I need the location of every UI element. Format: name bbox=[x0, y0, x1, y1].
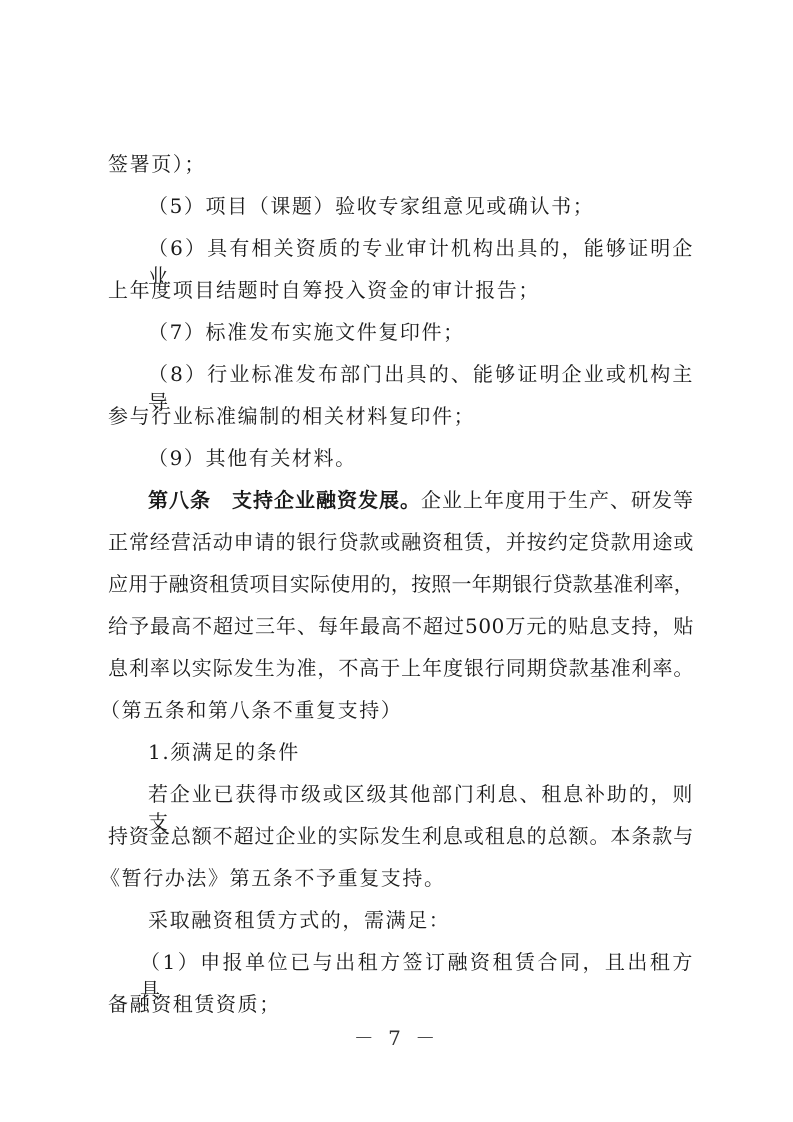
list-item-7: （7）标准发布实施文件复印件； bbox=[148, 318, 694, 346]
article-8-heading: 第八条 支持企业融资发展。 bbox=[148, 488, 421, 512]
conditions-paragraph-continued: 《暂行办法》第五条不予重复支持。 bbox=[100, 864, 686, 892]
conditions-paragraph-continued: 持资金总额不超过企业的实际发生利息或租息的总额。本条款与 bbox=[108, 822, 694, 850]
article-8-line: 给予最高不超过三年、每年最高不超过500万元的贴息支持，贴 bbox=[108, 612, 694, 640]
lease-item-1-continued: 备融资租赁资质； bbox=[108, 990, 694, 1018]
list-item-6-continued: 上年度项目结题时自筹投入资金的审计报告； bbox=[108, 276, 694, 304]
article-8-line: 应用于融资租赁项目实际使用的，按照一年期银行贷款基准利率， bbox=[108, 570, 694, 598]
article-8-text: 企业上年度用于生产、研发等 bbox=[421, 488, 694, 512]
article-8-line: 息利率以实际发生为准，不高于上年度银行同期贷款基准利率。 bbox=[108, 654, 694, 682]
section-title-conditions: 1.须满足的条件 bbox=[148, 738, 694, 766]
document-page: 签署页）； （5）项目（课题）验收专家组意见或确认书； （6）具有相关资质的专业… bbox=[0, 0, 793, 1122]
lease-intro: 采取融资租赁方式的，需满足： bbox=[148, 906, 694, 934]
text-line: 签署页）； bbox=[108, 150, 694, 178]
list-item-8-continued: 参与行业标准编制的相关材料复印件； bbox=[108, 402, 694, 430]
list-item-9: （9）其他有关材料。 bbox=[148, 444, 694, 472]
article-8-first-line: 第八条 支持企业融资发展。企业上年度用于生产、研发等 bbox=[148, 486, 694, 514]
article-8-note: （第五条和第八条不重复支持） bbox=[100, 696, 686, 724]
page-number: － 7 － bbox=[0, 1022, 793, 1051]
article-8-line: 正常经营活动申请的银行贷款或融资租赁，并按约定贷款用途或 bbox=[108, 528, 694, 556]
list-item-5: （5）项目（课题）验收专家组意见或确认书； bbox=[148, 192, 694, 220]
